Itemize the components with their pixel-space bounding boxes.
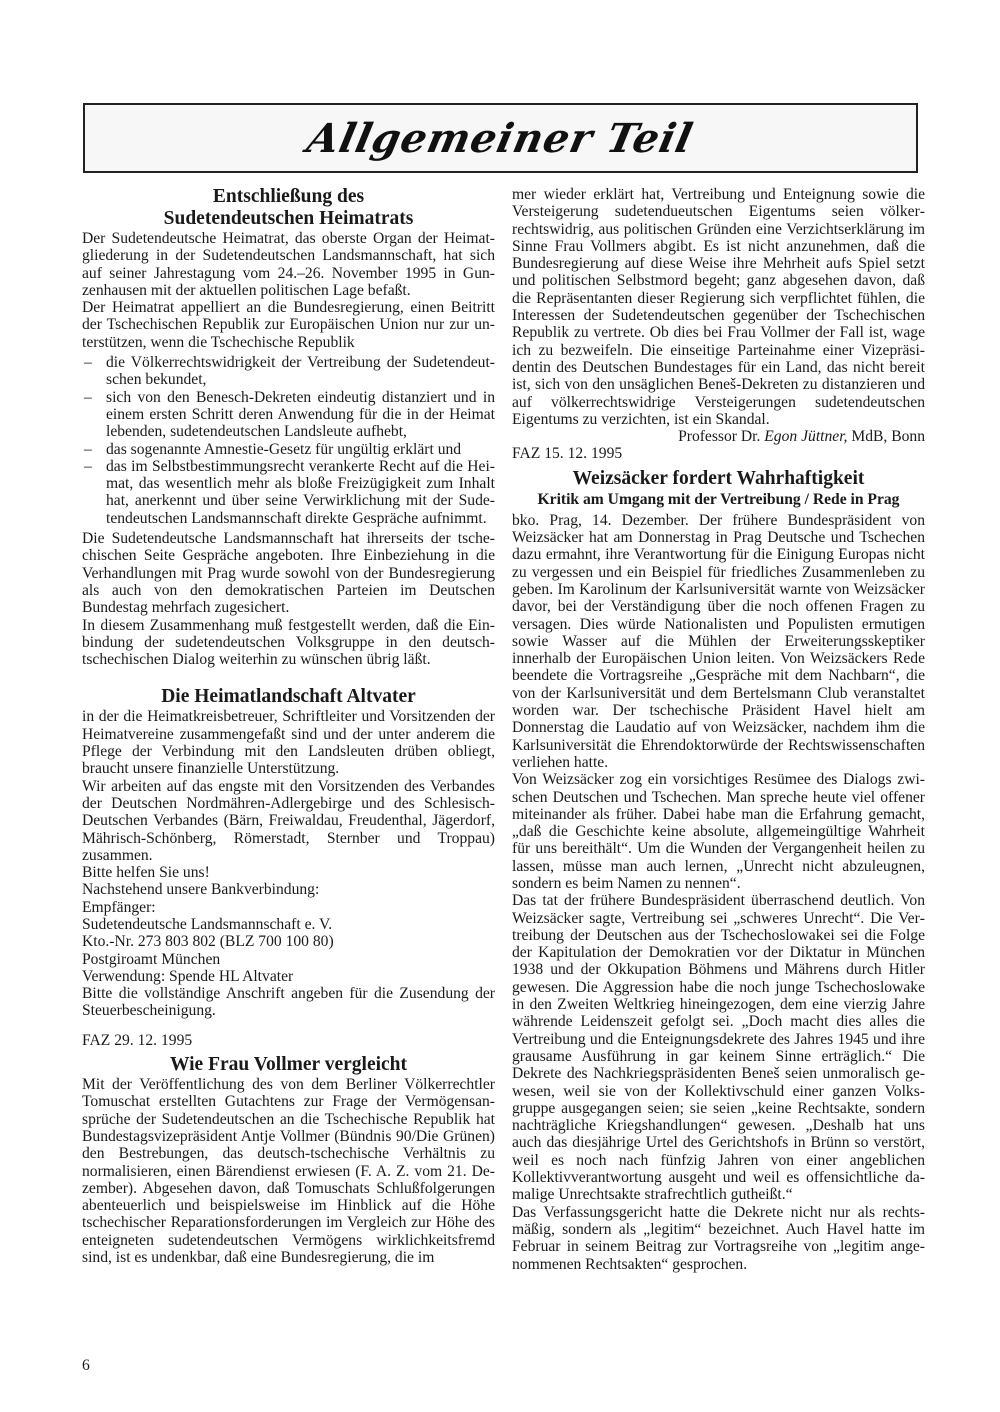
article-title-line2: Sudetendeutschen Heimatrats [82,208,495,230]
article-subtitle: Kritik am Umgang mit der Vertreibung / R… [512,490,925,510]
left-column: Entschließung des Sudetendeutschen Heima… [82,186,495,1266]
bank-line: Bitte helfen Sie uns! [82,864,495,881]
bank-line: Nachstehend unsere Bankverbindung: [82,881,495,898]
signature: Professor Dr. Egon Jüttner, MdB, Bonn [512,428,925,445]
paragraph: mer wieder erklärt hat, Vertreibung und … [512,186,925,428]
paragraph: Das tat der frühere Bundespräsident über… [512,892,925,1203]
bank-details: Bitte helfen Sie uns! Nachstehend unsere… [82,864,495,985]
bank-line: Kto.-Nr. 273 803 802 (BLZ 700 100 80) [82,933,495,950]
article-title: Die Heimatlandschaft Altvater [82,686,495,708]
page-number: 6 [82,1357,90,1375]
paragraph: Mit der Veröffentlichung des von dem Ber… [82,1076,495,1266]
paragraph: Wir arbeiten auf das engste mit den Vors… [82,778,495,864]
source-line: FAZ 29. 12. 1995 [82,1032,495,1049]
article-altvater: Die Heimatlandschaft Altvater in der die… [82,686,495,1019]
section-header-box: Allgemeiner Teil [83,103,918,173]
paragraph: Der Heimatrat appelliert an die Bundesre… [82,299,495,351]
article-title: Weizsäcker fordert Wahrhaftigkeit [512,468,925,490]
source-line: FAZ 15. 12. 1995 [512,445,925,462]
bank-line: Empfänger: [82,899,495,916]
paragraph: Der Sudetendeutsche Heimatrat, das obers… [82,230,495,299]
paragraph: Bitte die vollständige Anschrift angeben… [82,985,495,1020]
section-title: Allgemeiner Teil [303,115,697,162]
article-title-line1: Entschließung des [82,186,495,208]
right-column: mer wieder erklärt hat, Vertreibung und … [512,186,925,1273]
article-weizsaecker: FAZ 15. 12. 1995 Weizsäcker fordert Wahr… [512,445,925,1272]
article-vollmer: FAZ 29. 12. 1995 Wie Frau Vollmer vergle… [82,1032,495,1267]
paragraph: Von Weizsäcker zog ein vorsichtiges Resü… [512,771,925,892]
list-item: das im Selbstbestimmungsrecht verankerte… [82,458,495,527]
article-entschliessung: Entschließung des Sudetendeutschen Heima… [82,186,495,668]
bank-line: Sudetendeutsche Landsmannschaft e. V. [82,916,495,933]
author-name: Egon Jüttner, [764,428,847,445]
demands-list: die Völkerrechtswidrigkeit der Vertreibu… [82,354,495,527]
paragraph: bko. Prag, 14. Dezember. Der frühere Bun… [512,512,925,771]
paragraph: Das Verfassungsgericht hatte die Dekrete… [512,1204,925,1273]
bank-line: Verwendung: Spende HL Altvater [82,968,495,985]
paragraph: In diesem Zusammenhang muß festgestellt … [82,617,495,669]
list-item: das sogenannte Amnestie-Gesetz für ungül… [82,441,495,458]
list-item: die Völkerrechtswidrigkeit der Vertreibu… [82,354,495,389]
list-item: sich von den Benesch-Dekreten eindeutig … [82,389,495,441]
paragraph: in der die Heimatkreisbetreuer, Schriftl… [82,708,495,777]
article-vollmer-continued: mer wieder erklärt hat, Vertreibung und … [512,186,925,445]
bank-line: Postgiroamt München [82,951,495,968]
article-title: Wie Frau Vollmer vergleicht [82,1054,495,1076]
paragraph: Die Sudetendeutsche Landsmannschaft hat … [82,530,495,616]
